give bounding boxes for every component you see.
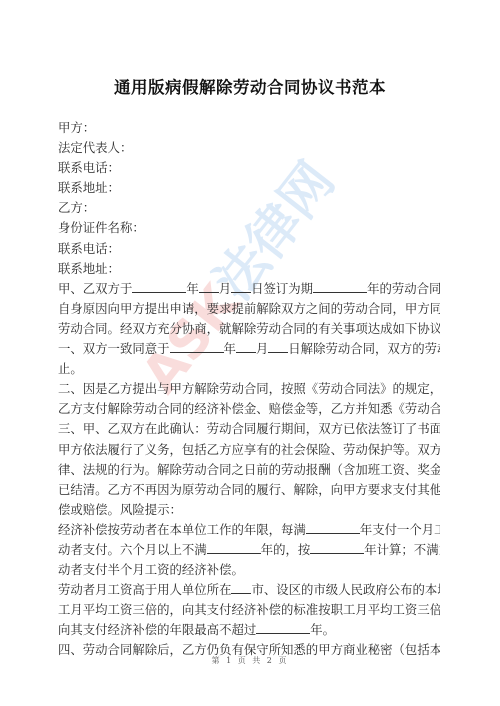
blank-field (236, 340, 256, 353)
legal-rep-label: 法定代表人： (58, 138, 440, 158)
document-body: 甲方： 法定代表人： 联系电话： 联系地址： 乙方： 身份证件名称： 联系电话：… (58, 118, 440, 661)
text: 年支付一个月工资的标准向劳 (360, 522, 440, 537)
clause-one-line-1: 一、双方一致同意于年月日解除劳动合同，双方的劳动权利义务终 (58, 339, 440, 359)
risk-line-3: 动者支付半个月工资的经济补偿。 (58, 560, 440, 580)
blank-field (231, 581, 251, 594)
text: 年的，按 (261, 542, 311, 557)
text: 月 (256, 341, 268, 356)
risk-line-4: 劳动者月工资高于用人单位所在市、设区的市级人民政府公布的本地区上年度职 (58, 580, 440, 600)
clause-two-line-1: 二、因是乙方提出与甲方解除劳动合同，按照《劳动合同法》的规定，甲方不需要向 (58, 379, 440, 399)
text: 市、设区的市级人民政府公布的本地区上年度职 (251, 582, 440, 597)
blank-field (132, 280, 186, 293)
text: 年。 (310, 622, 335, 637)
text: 年 (224, 341, 236, 356)
document-page: ASK法律网 通用版病假解除劳动合同协议书范本 甲方： 法定代表人： 联系电话：… (0, 0, 500, 706)
text: 年计算；不满六个月的，向劳 (364, 542, 440, 557)
blank-field (170, 340, 224, 353)
blank-field (256, 621, 310, 634)
clause-three-line-3: 律、法规的行为。解除劳动合同之日前的劳动报酬（含加班工资、奖金、补贴、等） (58, 460, 440, 480)
blank-field (207, 541, 261, 554)
text: 年的劳动合同，现乙方由于 (367, 281, 440, 296)
risk-line-1: 经济补偿按劳动者在本单位工作的年限，每满年支付一个月工资的标准向劳 (58, 520, 440, 540)
clause-two-line-2: 乙方支付解除劳动合同的经济补偿金、赔偿金等，乙方并知悉《劳动合同法》的规定。 (58, 399, 440, 419)
party-b-address-label: 联系地址： (58, 259, 440, 279)
text: 日解除劳动合同，双方的劳动权利义务终 (288, 341, 440, 356)
risk-line-2: 动者支付。六个月以上不满年的，按年计算；不满六个月的，向劳 (58, 540, 440, 560)
party-a-phone-label: 联系电话： (58, 158, 440, 178)
blank-field (231, 280, 251, 293)
text: 动者支付。六个月以上不满 (58, 542, 207, 557)
text: 一、双方一致同意于 (58, 341, 170, 356)
party-b-phone-label: 联系电话： (58, 239, 440, 259)
document-title: 通用版病假解除劳动合同协议书范本 (0, 74, 500, 98)
risk-line-6: 向其支付经济补偿的年限最高不超过年。 (58, 620, 440, 640)
party-a-label: 甲方： (58, 118, 440, 138)
party-b-label: 乙方： (58, 198, 440, 218)
id-document-label: 身份证件名称： (58, 218, 440, 238)
blank-field (313, 280, 367, 293)
clause-three-line-4: 已结清。乙方不再因为原劳动合同的履行、解除，向甲方要求支付其他任何费用、补 (58, 480, 440, 500)
clause-three-line-5: 偿或赔偿。风险提示： (58, 500, 440, 520)
text: 经济补偿按劳动者在本单位工作的年限，每满 (58, 522, 306, 537)
clause-three-line-2: 甲方依法履行了义务，包括乙方应享有的社会保险、劳动保护等。双方无违反劳动法 (58, 440, 440, 460)
clause-three-line-1: 三、甲、乙双方在此确认：劳动合同履行期间，双方已依法签订了书面的劳动合同， (58, 419, 440, 439)
text: 年 (186, 281, 198, 296)
text: 日签订为期 (251, 281, 313, 296)
intro-line-2: 自身原因向甲方提出申请，要求提前解除双方之间的劳动合同，甲方同意与乙方解除 (58, 299, 440, 319)
party-a-address-label: 联系地址： (58, 178, 440, 198)
intro-line-3: 劳动合同。经双方充分协商，就解除劳动合同的有关事项达成如下协议： (58, 319, 440, 339)
blank-field (199, 280, 219, 293)
blank-field (310, 541, 364, 554)
page-number: 第 1 页 共 2 页 (0, 655, 500, 666)
text: 月 (219, 281, 231, 296)
text: 甲、乙双方于 (58, 281, 132, 296)
clause-one-line-2: 止。 (58, 359, 440, 379)
intro-line-1: 甲、乙双方于年月日签订为期年的劳动合同，现乙方由于 (58, 279, 440, 299)
text: 劳动者月工资高于用人单位所在 (58, 582, 231, 597)
blank-field (268, 340, 288, 353)
blank-field (306, 521, 360, 534)
risk-line-5: 工月平均工资三倍的，向其支付经济补偿的标准按职工月平均工资三倍的数额支付， (58, 600, 440, 620)
text: 向其支付经济补偿的年限最高不超过 (58, 622, 256, 637)
